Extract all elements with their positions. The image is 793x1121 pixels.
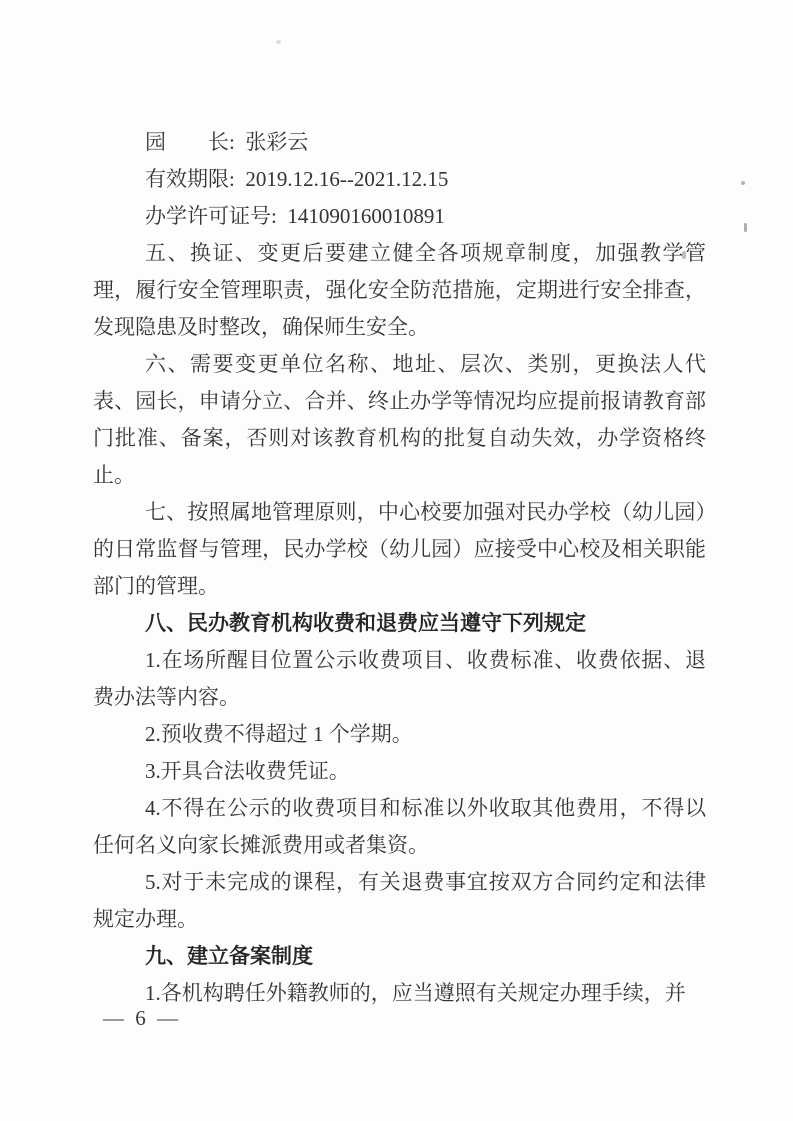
scan-speck xyxy=(741,181,745,185)
fee-rule-1: 1.在场所醒目位置公示收费项目、收费标准、收费依据、退费办法等内容。 xyxy=(93,642,706,716)
clause-7: 七、按照属地管理原则，中心校要加强对民办学校（幼儿园）的日常监督与管理，民办学校… xyxy=(93,494,706,605)
clause-8-heading: 八、民办教育机构收费和退费应当遵守下列规定 xyxy=(93,605,706,642)
license-number-line: 办学许可证号: 141090160010891 xyxy=(93,198,706,235)
page-number: — 6 — xyxy=(103,1006,181,1031)
fee-rule-2: 2.预收费不得超过 1 个学期。 xyxy=(93,716,706,753)
scanned-document-page: 园 长: 张彩云 有效期限: 2019.12.16--2021.12.15 办学… xyxy=(0,0,793,1121)
clause-5: 五、换证、变更后要建立健全各项规章制度，加强教学管理，履行安全管理职责，强化安全… xyxy=(93,235,706,346)
scan-speck xyxy=(744,223,747,232)
fee-rule-4: 4.不得在公示的收费项目和标准以外收取其他费用，不得以任何名义向家长摊派费用或者… xyxy=(93,790,706,864)
filing-rule-1: 1.各机构聘任外籍教师的，应当遵照有关规定办理手续，并 xyxy=(93,975,706,1012)
principal-line: 园 长: 张彩云 xyxy=(93,124,706,161)
clause-6: 六、需要变更单位名称、地址、层次、类别，更换法人代表、园长，申请分立、合并、终止… xyxy=(93,346,706,494)
scan-speck xyxy=(682,251,686,259)
document-body: 园 长: 张彩云 有效期限: 2019.12.16--2021.12.15 办学… xyxy=(93,124,706,1012)
fee-rule-5: 5.对于未完成的课程，有关退费事宜按双方合同约定和法律规定办理。 xyxy=(93,864,706,938)
scan-speck xyxy=(276,40,281,44)
clause-9-heading: 九、建立备案制度 xyxy=(93,938,706,975)
validity-period-line: 有效期限: 2019.12.16--2021.12.15 xyxy=(93,161,706,198)
fee-rule-3: 3.开具合法收费凭证。 xyxy=(93,753,706,790)
